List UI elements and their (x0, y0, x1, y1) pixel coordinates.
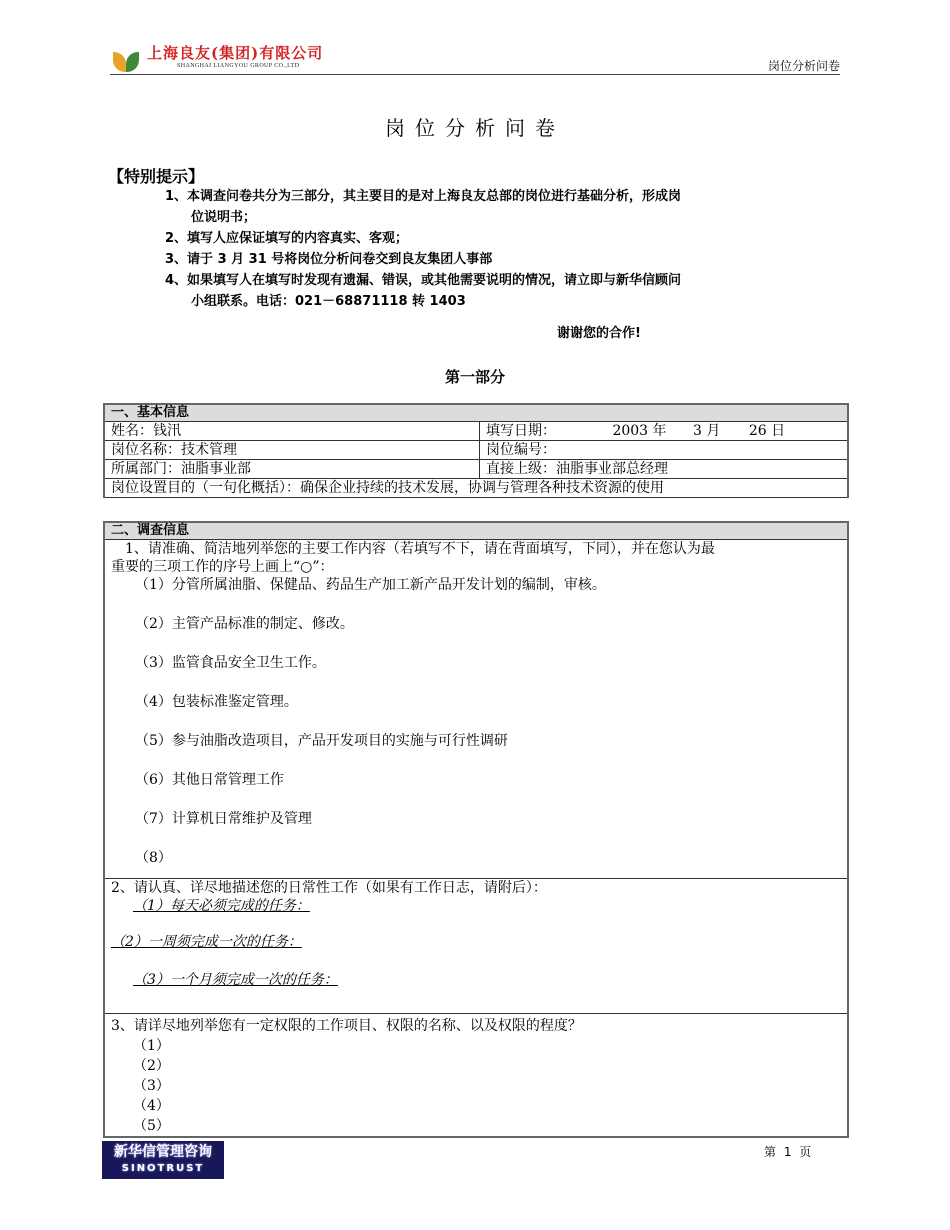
date-day: 26 日 (749, 422, 785, 440)
leaf-logo-icon (113, 48, 141, 74)
q1-item-1: （1）分管所属油脂、保健品、药品生产加工新产品开发计划的编制，审核。 (111, 566, 841, 605)
q2-item-1: （1）每天必须完成的任务： (133, 898, 310, 914)
date-month: 3 月 (693, 422, 720, 440)
page-title: 岗位分析问卷 (0, 112, 950, 141)
notice-item-1: 1、本调查问卷共分为三部分，其主要目的是对上海良友总部的岗位进行基础分析，形成岗 (165, 186, 681, 207)
q1-question-line1: 1、请准确、简洁地列举您的主要工作内容（若填写不下，请在背面填写，下同），并在您… (111, 540, 841, 558)
basic-info-heading: 一、基本信息 (104, 404, 848, 422)
date-label: 填写日期： (486, 423, 556, 439)
notice-item-2: 2、填写人应保证填写的内容真实、客观； (165, 228, 408, 249)
name-field[interactable]: 姓名：钱汛 (104, 422, 480, 441)
notice-item-3: 3、请于 3 月 31 号将岗位分析问卷交到良友集团人事部 (165, 249, 492, 270)
q3-item-5: （5） (111, 1116, 841, 1136)
q3-item-1: （1） (111, 1036, 841, 1056)
basic-info-table: 一、基本信息 姓名：钱汛 填写日期： 2003 年 3 月 26 日 岗位名称：… (103, 403, 849, 498)
part-title: 第一部分 (0, 366, 950, 387)
q1-item-8: （8） (111, 839, 841, 878)
q3-item-3: （3） (111, 1076, 841, 1096)
q2-item-3: （3）一个月须完成一次的任务： (133, 972, 338, 988)
q1-item-2: （2）主管产品标准的制定、修改。 (111, 605, 841, 644)
notice-heading: 【特别提示】 (108, 164, 204, 187)
supervisor-field[interactable]: 直接上级：油脂事业部总经理 (480, 460, 849, 479)
department-field[interactable]: 所属部门：油脂事业部 (104, 460, 480, 479)
q3-item-4: （4） (111, 1096, 841, 1116)
q1-item-5: （5）参与油脂改造项目，产品开发项目的实施与可行性调研 (111, 722, 841, 761)
q3-cell[interactable]: 3、请详尽地列举您有一定权限的工作项目、权限的名称、以及权限的程度？ （1） （… (104, 1014, 848, 1138)
notice-item-1-cont: 位说明书； (191, 207, 256, 228)
sinotrust-logo: 新华信管理咨询 SINOTRUST (102, 1141, 224, 1179)
notice-item-4: 4、如果填写人在填写时发现有遗漏、错误，或其他需要说明的情况，请立即与新华信顾问 (165, 270, 681, 291)
position-code-field[interactable]: 岗位编号： (480, 441, 849, 460)
date-field[interactable]: 填写日期： 2003 年 3 月 26 日 (480, 422, 849, 441)
q2-item-2: （2）一周须完成一次的任务： (111, 934, 302, 950)
thanks-text: 谢谢您的合作! (557, 322, 641, 341)
date-year: 2003 年 (612, 422, 666, 440)
sinotrust-logo-cn: 新华信管理咨询 (102, 1141, 224, 1162)
purpose-field[interactable]: 岗位设置目的（一句化概括）：确保企业持续的技术发展，协调与管理各种技术资源的使用 (104, 479, 848, 498)
survey-table: 二、调查信息 1、请准确、简洁地列举您的主要工作内容（若填写不下，请在背面填写，… (103, 521, 849, 1138)
company-name-cn: 上海良友(集团)有限公司 (147, 44, 323, 62)
q3-item-2: （2） (111, 1056, 841, 1076)
company-logo: 上海良友(集团)有限公司 SHANGHAI LIANGYOU GROUP CO.… (113, 44, 323, 74)
header-doc-label: 岗位分析问卷 (768, 57, 840, 74)
page-number: 第 1 页 (764, 1143, 811, 1160)
q2-question: 2、请认真、详尽地描述您的日常性工作（如果有工作日志，请附后）： (111, 879, 841, 897)
position-name-field[interactable]: 岗位名称：技术管理 (104, 441, 480, 460)
q1-item-6: （6）其他日常管理工作 (111, 761, 841, 800)
company-name-en: SHANGHAI LIANGYOU GROUP CO.,LTD (177, 62, 323, 70)
q2-cell[interactable]: 2、请认真、详尽地描述您的日常性工作（如果有工作日志，请附后）： （1）每天必须… (104, 879, 848, 1014)
q3-question: 3、请详尽地列举您有一定权限的工作项目、权限的名称、以及权限的程度？ (111, 1016, 841, 1036)
q1-cell[interactable]: 1、请准确、简洁地列举您的主要工作内容（若填写不下，请在背面填写，下同），并在您… (104, 540, 848, 879)
q1-item-4: （4）包装标准鉴定管理。 (111, 683, 841, 722)
notice-item-4-cont: 小组联系。电话：021－68871118 转 1403 (191, 291, 466, 312)
q1-item-3: （3）监管食品安全卫生工作。 (111, 644, 841, 683)
survey-heading: 二、调查信息 (104, 522, 848, 540)
header-divider (110, 74, 840, 75)
q1-item-7: （7）计算机日常维护及管理 (111, 800, 841, 839)
sinotrust-logo-en: SINOTRUST (102, 1162, 224, 1176)
